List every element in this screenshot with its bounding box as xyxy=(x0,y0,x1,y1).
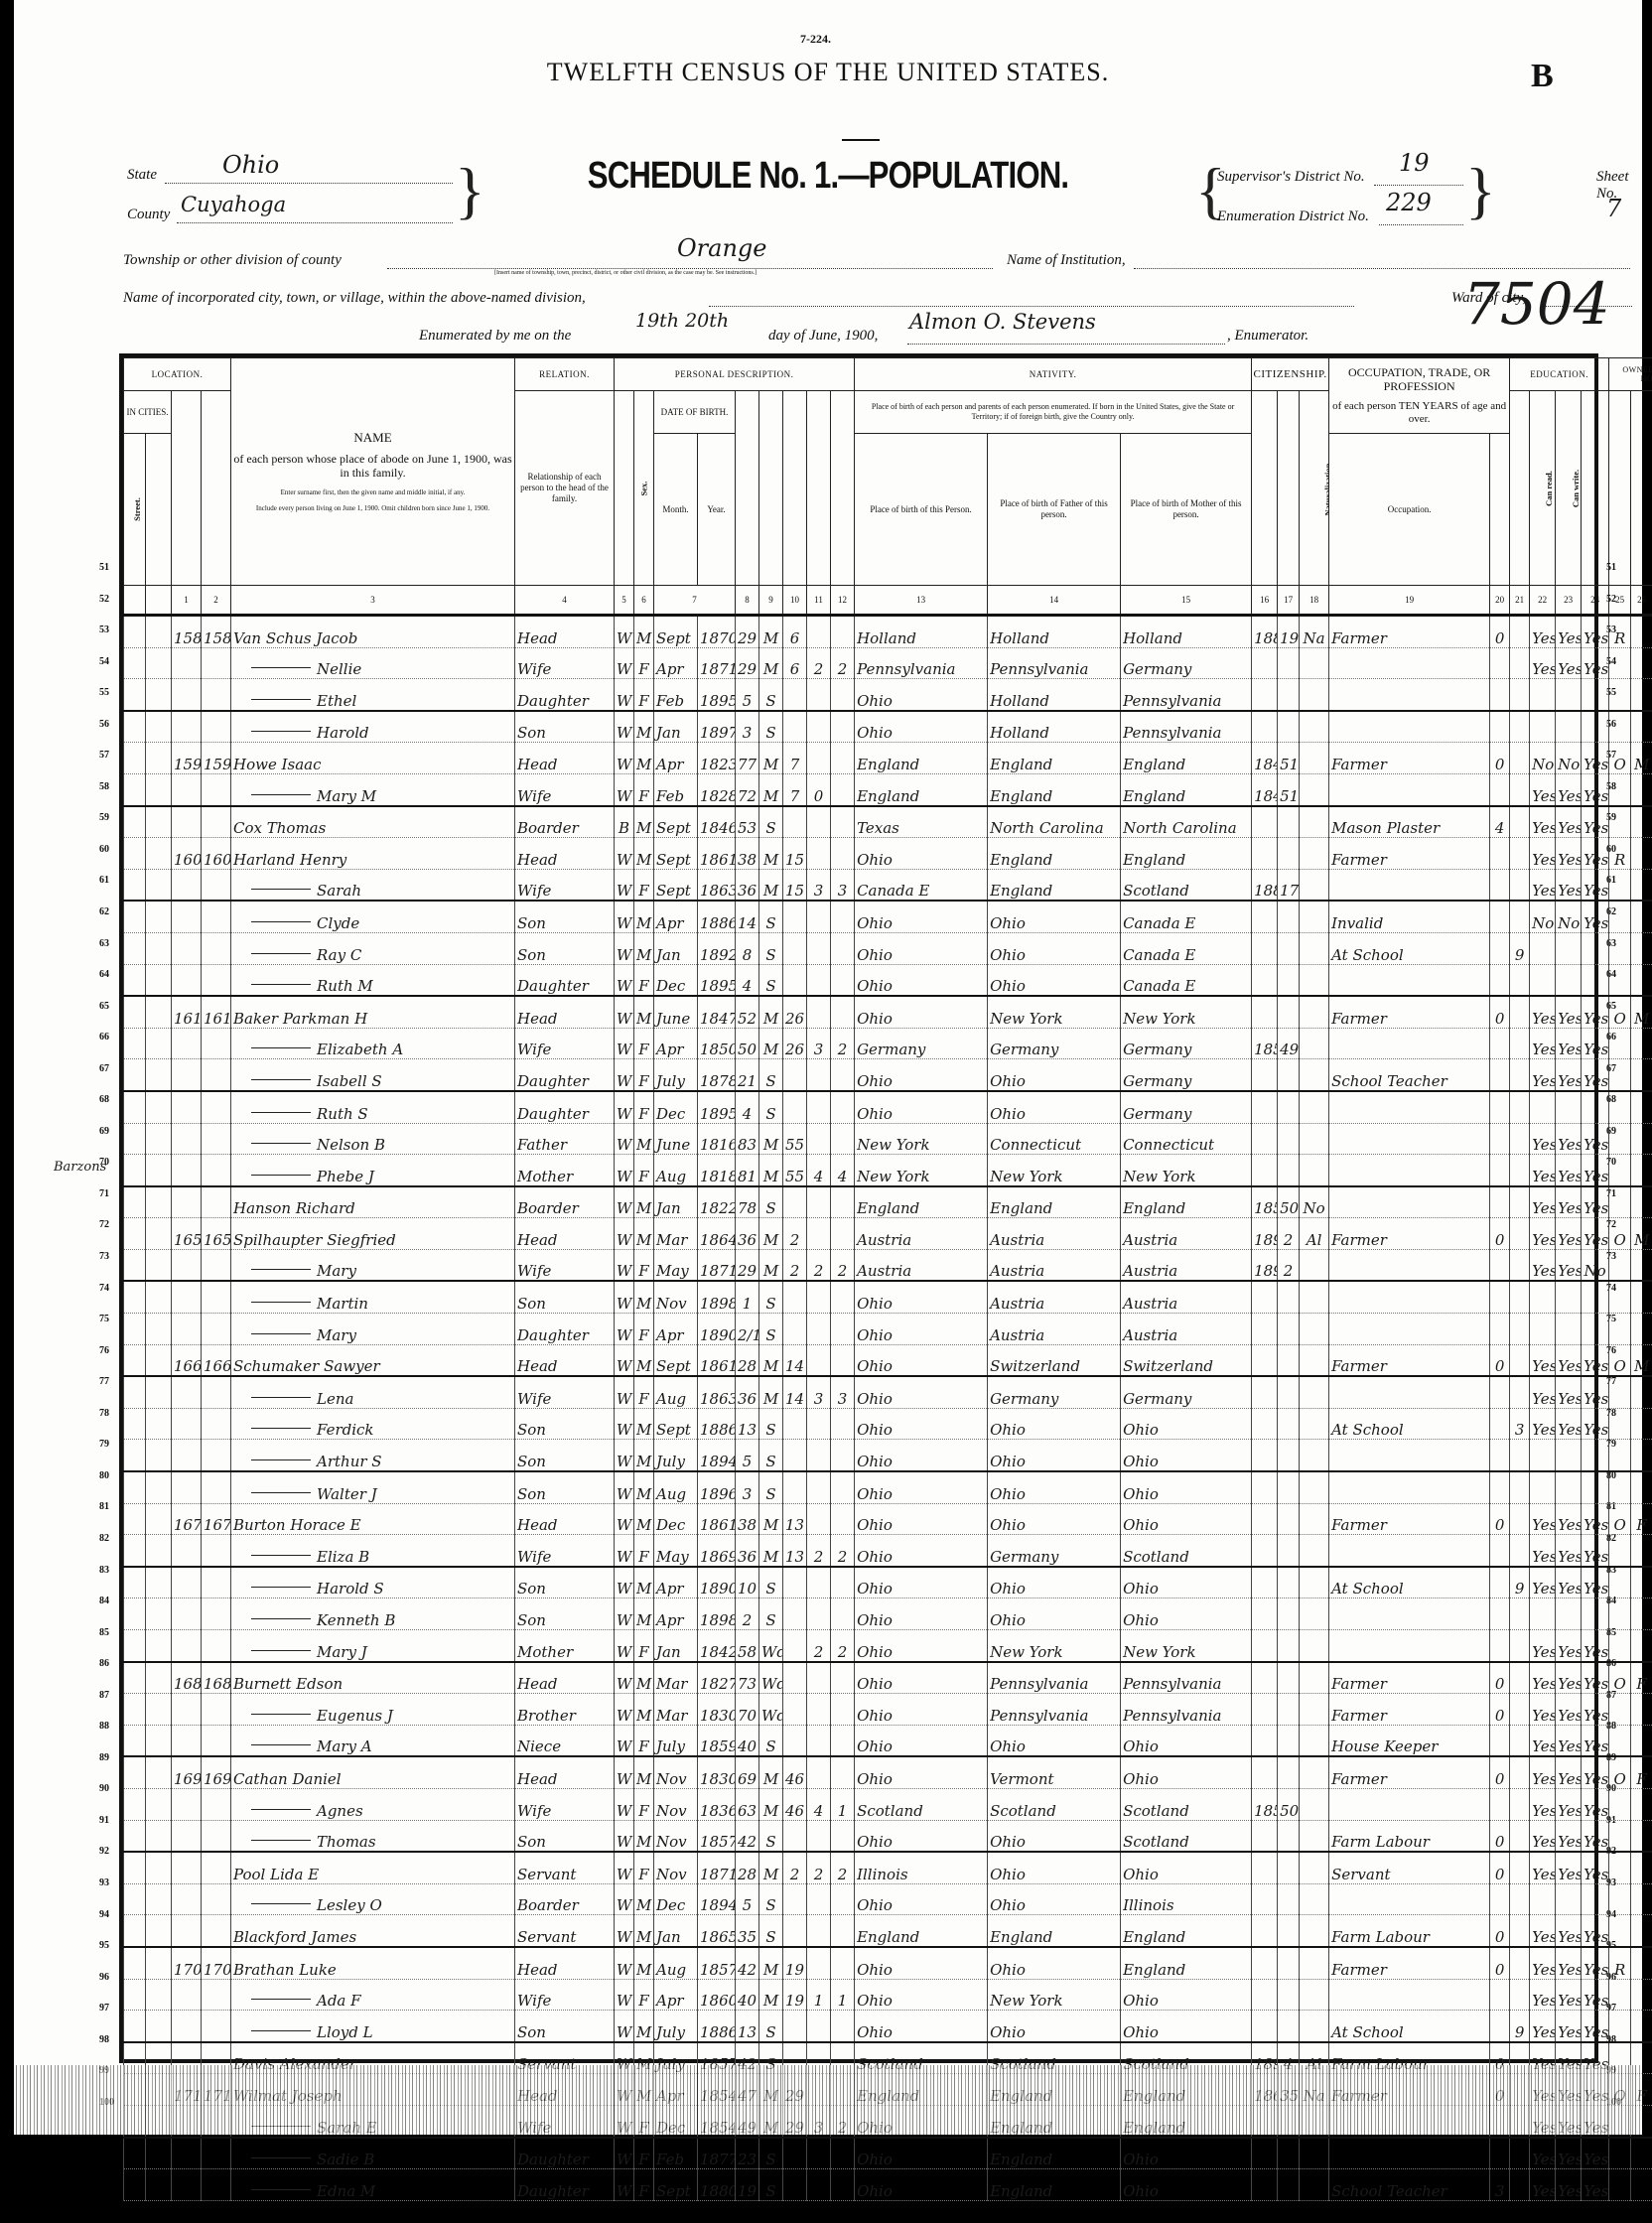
birthplace-mother: Germany xyxy=(1121,647,1252,679)
occupation xyxy=(1329,1630,1490,1662)
relation: Head xyxy=(515,616,615,648)
street-cell xyxy=(124,1756,146,1788)
free-mortgaged xyxy=(1631,1314,1652,1345)
free-mortgaged xyxy=(1631,1471,1652,1503)
given-name: Lloyd L xyxy=(317,2023,373,2041)
birthplace-person: Austria xyxy=(855,1218,988,1250)
street-cell xyxy=(124,2138,146,2169)
birth-year: 1894 xyxy=(698,1883,736,1915)
free-mortgaged xyxy=(1631,901,1652,932)
can-read xyxy=(1530,679,1556,711)
person-name: Phebe J xyxy=(231,1155,515,1186)
sex: F xyxy=(634,1630,654,1662)
naturalization xyxy=(1300,1376,1329,1408)
years-in-us xyxy=(1278,1979,1300,2011)
speaks-english: Yes xyxy=(1582,647,1609,679)
years-in-us xyxy=(1278,1155,1300,1186)
speaks-english xyxy=(1582,1440,1609,1471)
color: W xyxy=(615,773,634,805)
age: 49 xyxy=(736,2105,759,2137)
house-number-cell xyxy=(146,773,172,805)
age: 36 xyxy=(736,1376,759,1408)
can-write: Yes xyxy=(1556,616,1582,648)
table-row: 167167Burton Horace EHeadWMDec186138M13O… xyxy=(124,1503,1652,1535)
can-write: Yes xyxy=(1556,773,1582,805)
speaks-english xyxy=(1582,1883,1609,1915)
children-born xyxy=(807,838,831,870)
line-number: 67 xyxy=(99,1053,114,1085)
birthplace-person: Ohio xyxy=(855,1662,988,1694)
attended-school xyxy=(1510,1883,1530,1915)
house-number-cell xyxy=(146,2169,172,2201)
family-number: 169 xyxy=(202,1756,231,1788)
immigration-year: 1881 xyxy=(1252,616,1278,648)
months-unemployed xyxy=(1490,1979,1510,2011)
can-write: Yes xyxy=(1556,2074,1582,2106)
age: 47 xyxy=(736,2074,759,2106)
township-value: Orange xyxy=(677,234,766,262)
children-born xyxy=(807,1883,831,1915)
given-name: Siegfried xyxy=(327,1231,396,1249)
marital-status: M xyxy=(759,1535,783,1567)
can-read: Yes xyxy=(1530,1756,1556,1788)
can-write: No xyxy=(1556,743,1582,774)
given-name: Martin xyxy=(317,1295,368,1313)
birthplace-mother: England xyxy=(1121,2105,1252,2137)
color: W xyxy=(615,932,634,964)
street-cell xyxy=(124,1979,146,2011)
years-married xyxy=(783,1725,807,1756)
marital-status: S xyxy=(759,1567,783,1598)
children-living xyxy=(831,616,855,648)
attended-school xyxy=(1510,1155,1530,1186)
speaks-english: Yes xyxy=(1582,1662,1609,1694)
given-name: Luke xyxy=(299,1961,337,1979)
color: W xyxy=(615,679,634,711)
given-name: Sadie B xyxy=(317,2151,374,2168)
street-cell xyxy=(124,1915,146,1947)
birth-month: Jan xyxy=(654,1186,698,1218)
ditto-dash xyxy=(251,984,311,985)
header-nativity: NATIVITY. xyxy=(855,358,1252,391)
attended-school: 9 xyxy=(1510,932,1530,964)
can-write: Yes xyxy=(1556,2042,1582,2074)
house-number-cell xyxy=(146,1028,172,1059)
birthplace-mother: New York xyxy=(1121,1155,1252,1186)
immigration-year xyxy=(1252,1344,1278,1376)
line-number: 68 xyxy=(99,1084,114,1116)
birthplace-father: Ohio xyxy=(988,1091,1121,1123)
occupation xyxy=(1329,1091,1490,1123)
naturalization xyxy=(1300,932,1329,964)
birth-year: 1895 xyxy=(698,1091,736,1123)
marital-status: S xyxy=(759,1314,783,1345)
house-number-cell xyxy=(146,1059,172,1091)
family-number xyxy=(202,2011,231,2042)
sheet-letter: B xyxy=(1531,58,1554,95)
speaks-english: Yes xyxy=(1582,2074,1609,2106)
birthplace-father: Holland xyxy=(988,711,1121,743)
years-in-us xyxy=(1278,1947,1300,1979)
line-number: 89 xyxy=(99,1742,114,1774)
marital-status: S xyxy=(759,1725,783,1756)
header-citizenship: CITIZENSHIP. xyxy=(1252,358,1329,391)
table-row: LenaWifeWFAug186336M1433OhioGermanyGerma… xyxy=(124,1376,1652,1408)
children-born: 2 xyxy=(807,1535,831,1567)
immigration-year: 1898 xyxy=(1252,1218,1278,1250)
birth-month: Jan xyxy=(654,1630,698,1662)
marital-status: M xyxy=(759,1155,783,1186)
birth-year: 1854 xyxy=(698,2074,736,2106)
header-education: EDUCATION. xyxy=(1510,358,1609,391)
can-read: Yes xyxy=(1530,2074,1556,2106)
birthplace-father: North Carolina xyxy=(988,806,1121,838)
birth-year: 1822 xyxy=(698,1186,736,1218)
color: W xyxy=(615,1344,634,1376)
birth-month: June xyxy=(654,996,698,1028)
given-name: Alexander xyxy=(280,2055,356,2073)
table-row: Nelson BFatherWMJune181683M55New YorkCon… xyxy=(124,1123,1652,1155)
dwelling-number: 166 xyxy=(172,1344,202,1376)
dwelling-number: 161 xyxy=(172,996,202,1028)
years-married xyxy=(783,1662,807,1694)
header-year: Year. xyxy=(698,434,736,586)
marital-status: S xyxy=(759,806,783,838)
birth-year: 1854 xyxy=(698,2105,736,2137)
street-cell xyxy=(124,901,146,932)
relation: Wife xyxy=(515,869,615,901)
years-in-us: 19 xyxy=(1278,616,1300,648)
naturalization xyxy=(1300,2105,1329,2137)
line-numbers-left: 5152535455565758596061626364656667686970… xyxy=(99,552,114,2118)
birth-year: 1871 xyxy=(698,1852,736,1883)
can-write: Yes xyxy=(1556,1408,1582,1440)
immigration-year xyxy=(1252,932,1278,964)
free-mortgaged xyxy=(1631,1598,1652,1630)
years-married xyxy=(783,1567,807,1598)
sex: M xyxy=(634,1883,654,1915)
sex: F xyxy=(634,1376,654,1408)
can-read: Yes xyxy=(1530,996,1556,1028)
free-mortgaged xyxy=(1631,616,1652,648)
can-write: Yes xyxy=(1556,1756,1582,1788)
years-in-us xyxy=(1278,996,1300,1028)
house-number-cell xyxy=(146,1376,172,1408)
can-write xyxy=(1556,679,1582,711)
street-cell xyxy=(124,1598,146,1630)
children-living xyxy=(831,1091,855,1123)
months-unemployed xyxy=(1490,773,1510,805)
years-in-us: 4 xyxy=(1278,2042,1300,2074)
birthplace-father: England xyxy=(988,838,1121,870)
sex: M xyxy=(634,616,654,648)
given-name: Phebe J xyxy=(317,1168,374,1185)
column-number: 13 xyxy=(855,586,988,616)
birth-month: Aug xyxy=(654,1376,698,1408)
attended-school xyxy=(1510,1820,1530,1852)
birth-year: 1863 xyxy=(698,1376,736,1408)
children-living xyxy=(831,1725,855,1756)
birthplace-father: Austria xyxy=(988,1281,1121,1313)
children-born: 3 xyxy=(807,869,831,901)
house-number-cell xyxy=(146,711,172,743)
column-number: 14 xyxy=(988,586,1121,616)
header-attended-school: Attended school (in months). xyxy=(1510,391,1530,586)
birth-year: 1896 xyxy=(698,1471,736,1503)
children-living xyxy=(831,1694,855,1726)
enumerator-label: , Enumerator. xyxy=(1227,328,1308,345)
can-read xyxy=(1530,1440,1556,1471)
person-name: Edna M xyxy=(231,2169,515,2201)
age: 23 xyxy=(736,2138,759,2169)
relation: Wife xyxy=(515,647,615,679)
birthplace-person: Ohio xyxy=(855,1947,988,1979)
free-mortgaged xyxy=(1631,1630,1652,1662)
sex: F xyxy=(634,2105,654,2137)
supervisor-label: Supervisor's District No. xyxy=(1217,169,1365,186)
years-married: 19 xyxy=(783,1947,807,1979)
children-born xyxy=(807,616,831,648)
can-read: Yes xyxy=(1530,2011,1556,2042)
marital-status: S xyxy=(759,2011,783,2042)
birthplace-father: Austria xyxy=(988,1314,1121,1345)
surname: Cathan xyxy=(233,1770,288,1788)
attended-school xyxy=(1510,743,1530,774)
children-living xyxy=(831,1186,855,1218)
children-living xyxy=(831,932,855,964)
free-mortgaged xyxy=(1631,838,1652,870)
can-read: Yes xyxy=(1530,1915,1556,1947)
speaks-english: Yes xyxy=(1582,1344,1609,1376)
years-married xyxy=(783,806,807,838)
given-name: Clyde xyxy=(317,914,359,932)
column-number: 23 xyxy=(1556,586,1582,616)
county-line xyxy=(177,222,453,223)
relation: Daughter xyxy=(515,679,615,711)
children-born: 3 xyxy=(807,1028,831,1059)
family-number xyxy=(202,1281,231,1313)
speaks-english: Yes xyxy=(1582,1694,1609,1726)
header-age: Age at last birthday. xyxy=(736,391,759,586)
dwelling-number: 169 xyxy=(172,1756,202,1788)
can-write xyxy=(1556,932,1582,964)
attended-school xyxy=(1510,1630,1530,1662)
children-born: 1 xyxy=(807,1979,831,2011)
color: W xyxy=(615,1915,634,1947)
table-row: 165165Spilhaupter SiegfriedHeadWMMar1864… xyxy=(124,1218,1652,1250)
years-in-us xyxy=(1278,1408,1300,1440)
months-unemployed xyxy=(1490,964,1510,996)
children-born xyxy=(807,1915,831,1947)
header-occupation: OCCUPATION, TRADE, OR PROFESSION of each… xyxy=(1329,358,1510,434)
speaks-english: Yes xyxy=(1582,2011,1609,2042)
years-married: 7 xyxy=(783,743,807,774)
birth-year: 1895 xyxy=(698,964,736,996)
can-write: Yes xyxy=(1556,1979,1582,2011)
birthplace-father: England xyxy=(988,1915,1121,1947)
dwelling-number xyxy=(172,1123,202,1155)
birth-month: May xyxy=(654,1249,698,1281)
house-number-cell xyxy=(146,1915,172,1947)
occupation xyxy=(1329,679,1490,711)
speaks-english: Yes xyxy=(1582,1947,1609,1979)
given-name: Edna M xyxy=(317,2182,375,2200)
immigration-year xyxy=(1252,1059,1278,1091)
sex: M xyxy=(634,996,654,1028)
birthplace-person: Ohio xyxy=(855,1314,988,1345)
birth-month: Sept xyxy=(654,2169,698,2201)
family-number xyxy=(202,1567,231,1598)
free-mortgaged xyxy=(1631,1725,1652,1756)
birthplace-mother: Illinois xyxy=(1121,1883,1252,1915)
sex: M xyxy=(634,1281,654,1313)
family-number xyxy=(202,1376,231,1408)
owned-rented xyxy=(1609,1155,1631,1186)
marital-status: Wd xyxy=(759,1694,783,1726)
can-write: Yes xyxy=(1556,1186,1582,1218)
person-name: Lesley O xyxy=(231,1883,515,1915)
header-color: Color or race. xyxy=(615,391,634,586)
can-write: Yes xyxy=(1556,1852,1582,1883)
attended-school xyxy=(1510,1440,1530,1471)
color: W xyxy=(615,1567,634,1598)
birthplace-father: Ohio xyxy=(988,1440,1121,1471)
ditto-dash xyxy=(251,1903,311,1904)
family-number xyxy=(202,1249,231,1281)
birthplace-mother: England xyxy=(1121,743,1252,774)
street-cell xyxy=(124,1852,146,1883)
years-married: 55 xyxy=(783,1155,807,1186)
occupation xyxy=(1329,1979,1490,2011)
birthplace-mother: Germany xyxy=(1121,1376,1252,1408)
birthplace-mother: Germany xyxy=(1121,1059,1252,1091)
house-number-cell xyxy=(146,1218,172,1250)
age: 29 xyxy=(736,1249,759,1281)
free-mortgaged xyxy=(1631,1852,1652,1883)
person-name: Clyde xyxy=(231,901,515,932)
free-mortgaged xyxy=(1631,1059,1652,1091)
person-name: Ruth M xyxy=(231,964,515,996)
house-number-cell xyxy=(146,1091,172,1123)
sex: M xyxy=(634,1915,654,1947)
house-number-cell xyxy=(146,2074,172,2106)
attended-school xyxy=(1510,1314,1530,1345)
birthplace-person: England xyxy=(855,1186,988,1218)
sex: F xyxy=(634,1725,654,1756)
immigration-year: 1850 xyxy=(1252,1186,1278,1218)
owned-rented xyxy=(1609,1028,1631,1059)
birth-month: Nov xyxy=(654,1756,698,1788)
birth-year: 1830 xyxy=(698,1756,736,1788)
house-number-cell xyxy=(146,1535,172,1567)
surname: Schumaker xyxy=(233,1357,319,1375)
sex: M xyxy=(634,1567,654,1598)
birthplace-person: Ohio xyxy=(855,901,988,932)
table-row: Davis AlexanderServantWMJuly185742SScotl… xyxy=(124,2042,1652,2074)
immigration-year xyxy=(1252,2011,1278,2042)
birth-month: Nov xyxy=(654,1281,698,1313)
children-born xyxy=(807,1598,831,1630)
relation: Son xyxy=(515,1567,615,1598)
children-born: 4 xyxy=(807,1788,831,1820)
immigration-year xyxy=(1252,1440,1278,1471)
birth-year: 1878 xyxy=(698,1059,736,1091)
marital-status: M xyxy=(759,996,783,1028)
sex: M xyxy=(634,932,654,964)
given-name: Lida E xyxy=(270,1866,319,1883)
sex: F xyxy=(634,1314,654,1345)
years-in-us xyxy=(1278,1314,1300,1345)
birthplace-mother: Ohio xyxy=(1121,1471,1252,1503)
birth-month: Aug xyxy=(654,1471,698,1503)
birth-month: Apr xyxy=(654,1028,698,1059)
attended-school xyxy=(1510,1123,1530,1155)
can-write: Yes xyxy=(1556,1535,1582,1567)
relation: Son xyxy=(515,1408,615,1440)
naturalization xyxy=(1300,1155,1329,1186)
family-number: 171 xyxy=(202,2074,231,2106)
attended-school xyxy=(1510,1059,1530,1091)
years-in-us: 2 xyxy=(1278,1218,1300,1250)
can-write xyxy=(1556,1440,1582,1471)
owned-rented: O xyxy=(1609,1344,1631,1376)
immigration-year: 1865 xyxy=(1252,2074,1278,2106)
line-number: 90 xyxy=(99,1773,114,1805)
header-birth-father: Place of birth of Father of this person. xyxy=(988,434,1121,586)
birthplace-father: England xyxy=(988,2105,1121,2137)
can-read xyxy=(1530,1091,1556,1123)
dwelling-number xyxy=(172,1059,202,1091)
color: W xyxy=(615,2011,634,2042)
family-number xyxy=(202,711,231,743)
years-married: 6 xyxy=(783,616,807,648)
table-row: Sadie BDaughterWFFeb187723SOhioEnglandOh… xyxy=(124,2138,1652,2169)
dwelling-number xyxy=(172,647,202,679)
age: 10 xyxy=(736,1567,759,1598)
marital-status: M xyxy=(759,773,783,805)
birthplace-father: Vermont xyxy=(988,1756,1121,1788)
city-line xyxy=(709,306,1354,307)
attended-school xyxy=(1510,1694,1530,1726)
sex: M xyxy=(634,901,654,932)
birth-year: 1828 xyxy=(698,773,736,805)
birthplace-person: Ohio xyxy=(855,1376,988,1408)
table-row: Edna MDaughterWFSept188019SOhioEnglandOh… xyxy=(124,2169,1652,2201)
birth-month: Feb xyxy=(654,2138,698,2169)
occupation xyxy=(1329,1376,1490,1408)
years-married xyxy=(783,1440,807,1471)
occupation: School Teacher xyxy=(1329,1059,1490,1091)
birthplace-mother: England xyxy=(1121,1947,1252,1979)
naturalization xyxy=(1300,1440,1329,1471)
naturalization xyxy=(1300,1883,1329,1915)
months-unemployed xyxy=(1490,1123,1510,1155)
state-line xyxy=(165,183,453,184)
person-name: Lloyd L xyxy=(231,2011,515,2042)
birth-month: Sept xyxy=(654,806,698,838)
children-living xyxy=(831,1344,855,1376)
birth-month: Sept xyxy=(654,616,698,648)
can-read xyxy=(1530,1598,1556,1630)
birth-year: 1859 xyxy=(698,1725,736,1756)
sheet-value: 7 xyxy=(1606,195,1621,222)
color: W xyxy=(615,2074,634,2106)
birthplace-person: England xyxy=(855,773,988,805)
given-name: Isabell S xyxy=(317,1072,382,1090)
line-number: 81 xyxy=(99,1491,114,1523)
owned-rented: O xyxy=(1609,996,1631,1028)
person-name: Walter J xyxy=(231,1471,515,1503)
